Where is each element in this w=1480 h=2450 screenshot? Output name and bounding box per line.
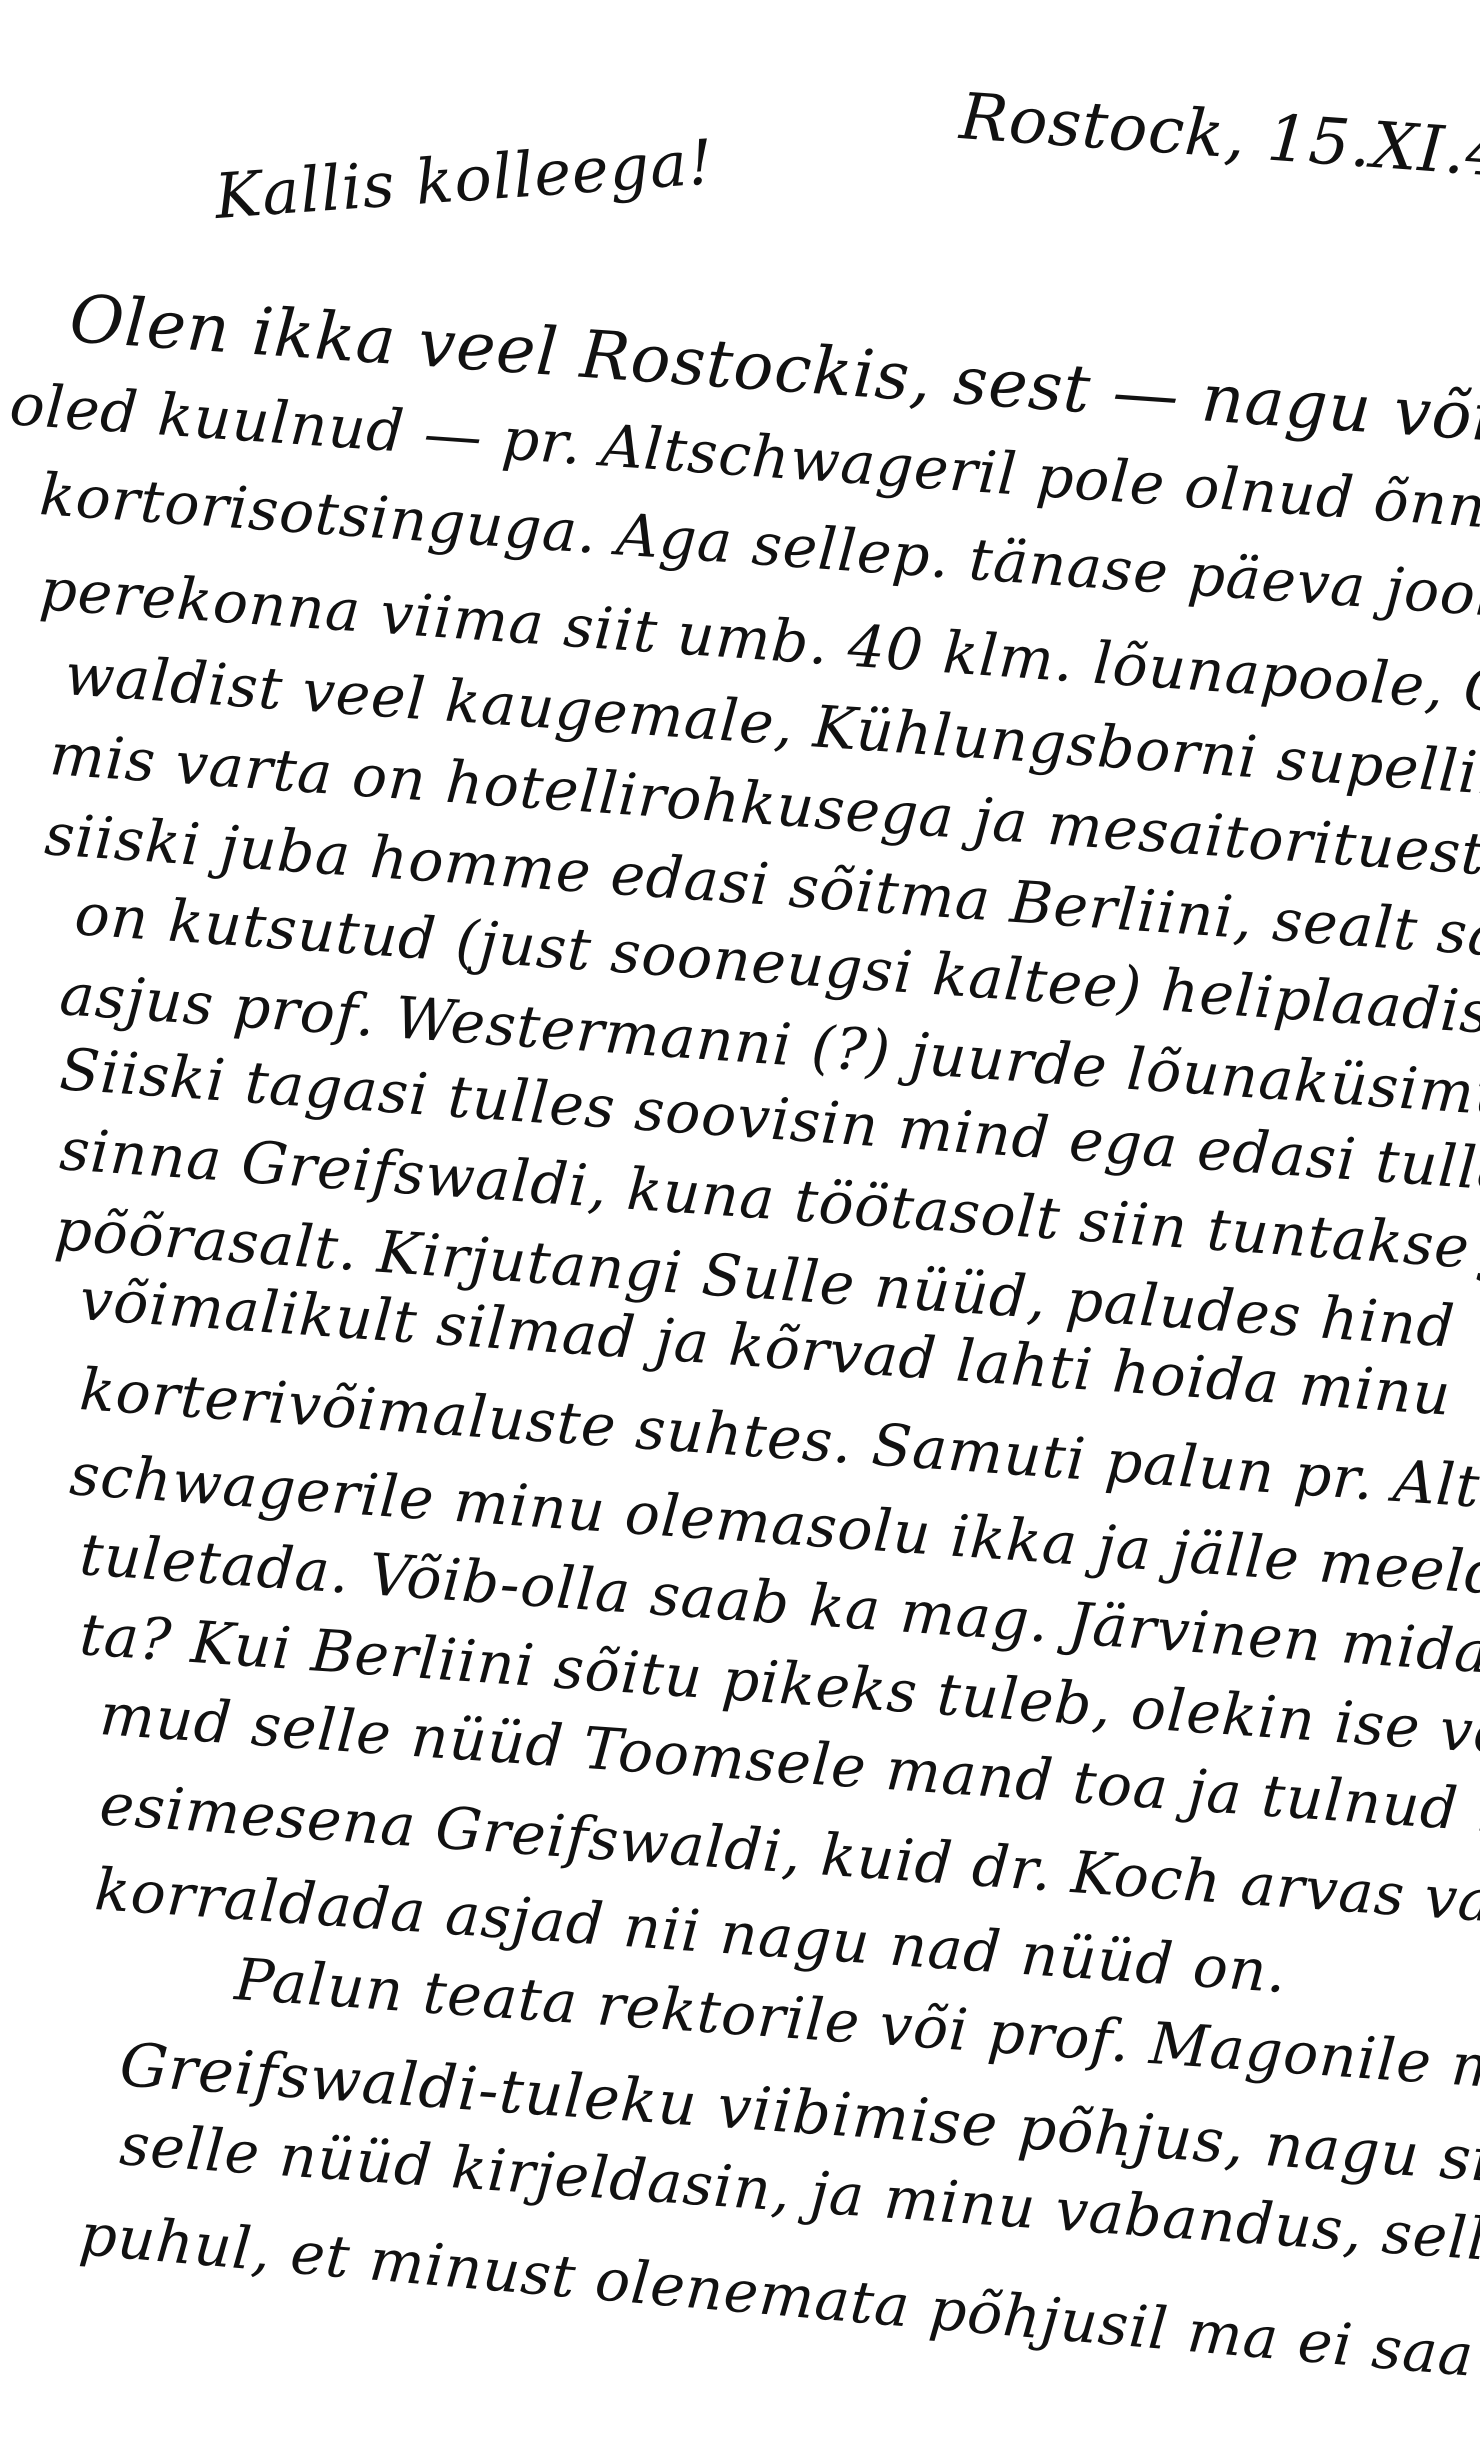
handwritten-letter-page: Rostock, 15.XI.44. Kallis kolleega! Olen… bbox=[0, 0, 1480, 2450]
letter-dateline: Rostock, 15.XI.44. bbox=[957, 80, 1480, 197]
letter-salutation: Kallis kolleega! bbox=[212, 125, 716, 233]
